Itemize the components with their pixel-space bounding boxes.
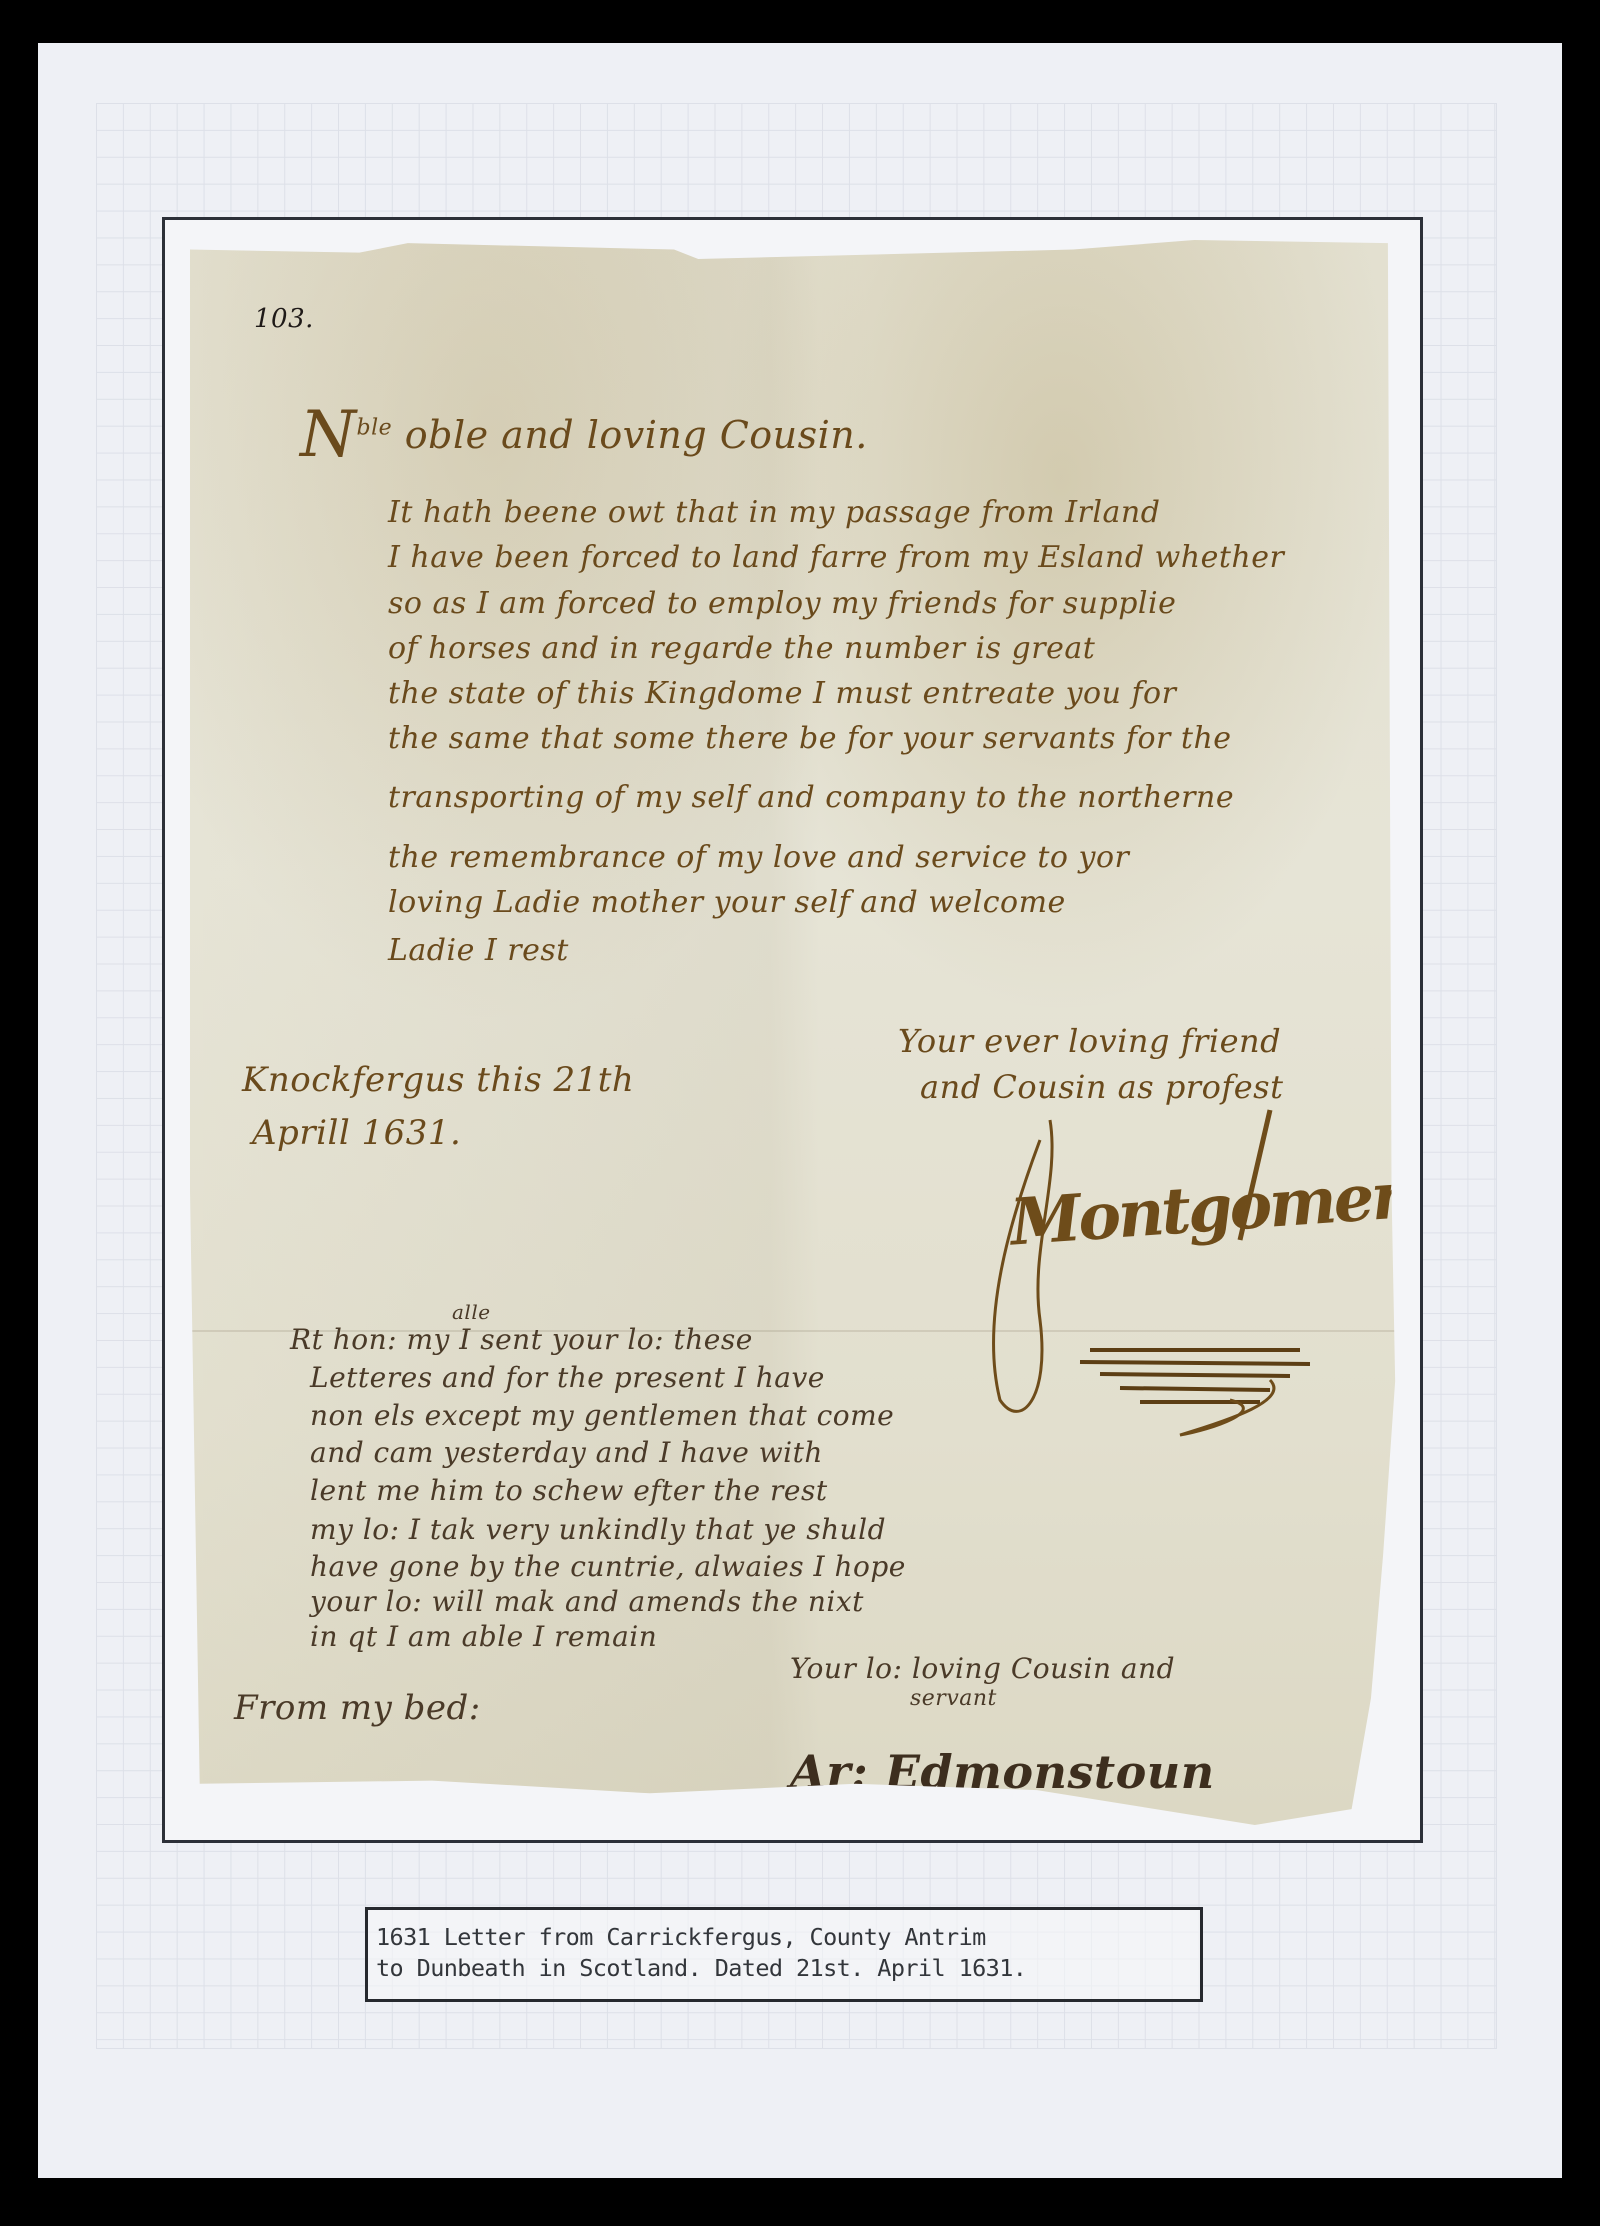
postscript-line: Letteres and for the present I have	[310, 1361, 825, 1394]
salutation-initial: N	[300, 398, 357, 472]
body-line: loving Ladie mother your self and welcom…	[388, 885, 1066, 920]
place-date-line: Aprill 1631.	[252, 1113, 461, 1153]
folio-number: 103.	[254, 304, 314, 334]
postscript-line: my lo: I tak very unkindly that ye shuld	[310, 1513, 886, 1546]
postscript-line: in qt I am able I remain	[310, 1620, 657, 1653]
body-line: the state of this Kingdome I must entrea…	[388, 676, 1176, 711]
postscript-from-line: From my bed:	[234, 1688, 481, 1728]
closing-line: Your ever loving friend	[898, 1022, 1281, 1060]
body-line: the same that some there be for your ser…	[388, 721, 1232, 756]
body-line: so as I am forced to employ my friends f…	[388, 586, 1176, 621]
postscript-line: non els except my gentlemen that come	[310, 1399, 894, 1432]
caption-line: 1631 Letter from Carrickfergus, County A…	[376, 1922, 1200, 1953]
postscript-line: your lo: will mak and amends the nixt	[310, 1585, 864, 1618]
caption-line: to Dunbeath in Scotland. Dated 21st. Apr…	[376, 1953, 1200, 1984]
salutation-text: oble and loving Cousin.	[405, 413, 868, 457]
postscript-line: have gone by the cuntrie, alwaies I hope	[310, 1550, 906, 1583]
place-date-line: Knockfergus this 21th	[242, 1060, 634, 1100]
body-line: the remembrance of my love and service t…	[388, 840, 1129, 875]
manuscript-letter: 103. Nble oble and loving Cousin. It hat…	[190, 240, 1400, 1825]
body-line: transporting of my self and company to t…	[388, 780, 1234, 815]
salutation: Nble oble and loving Cousin.	[300, 398, 868, 472]
body-line: of horses and in regarde the number is g…	[388, 631, 1095, 666]
signature-flourish-icon	[970, 1100, 1370, 1440]
postscript-servant: servant	[910, 1686, 997, 1711]
postscript-line: Rt hon: my I sent your lo: these	[290, 1323, 753, 1356]
postscript-superscript: alle	[452, 1300, 491, 1324]
caption-label: 1631 Letter from Carrickfergus, County A…	[365, 1907, 1203, 2002]
album-page: 103. Nble oble and loving Cousin. It hat…	[38, 43, 1562, 2178]
body-line: Ladie I rest	[388, 933, 569, 968]
postscript-line: and cam yesterday and I have with	[310, 1436, 823, 1469]
postscript-line: lent me him to schew efter the rest	[310, 1474, 828, 1507]
postscript-closing: Your lo: loving Cousin and	[790, 1652, 1175, 1685]
body-line: I have been forced to land farre from my…	[388, 540, 1284, 575]
body-line: It hath beene owt that in my passage fro…	[388, 495, 1160, 530]
salutation-superscript: ble	[357, 415, 393, 440]
